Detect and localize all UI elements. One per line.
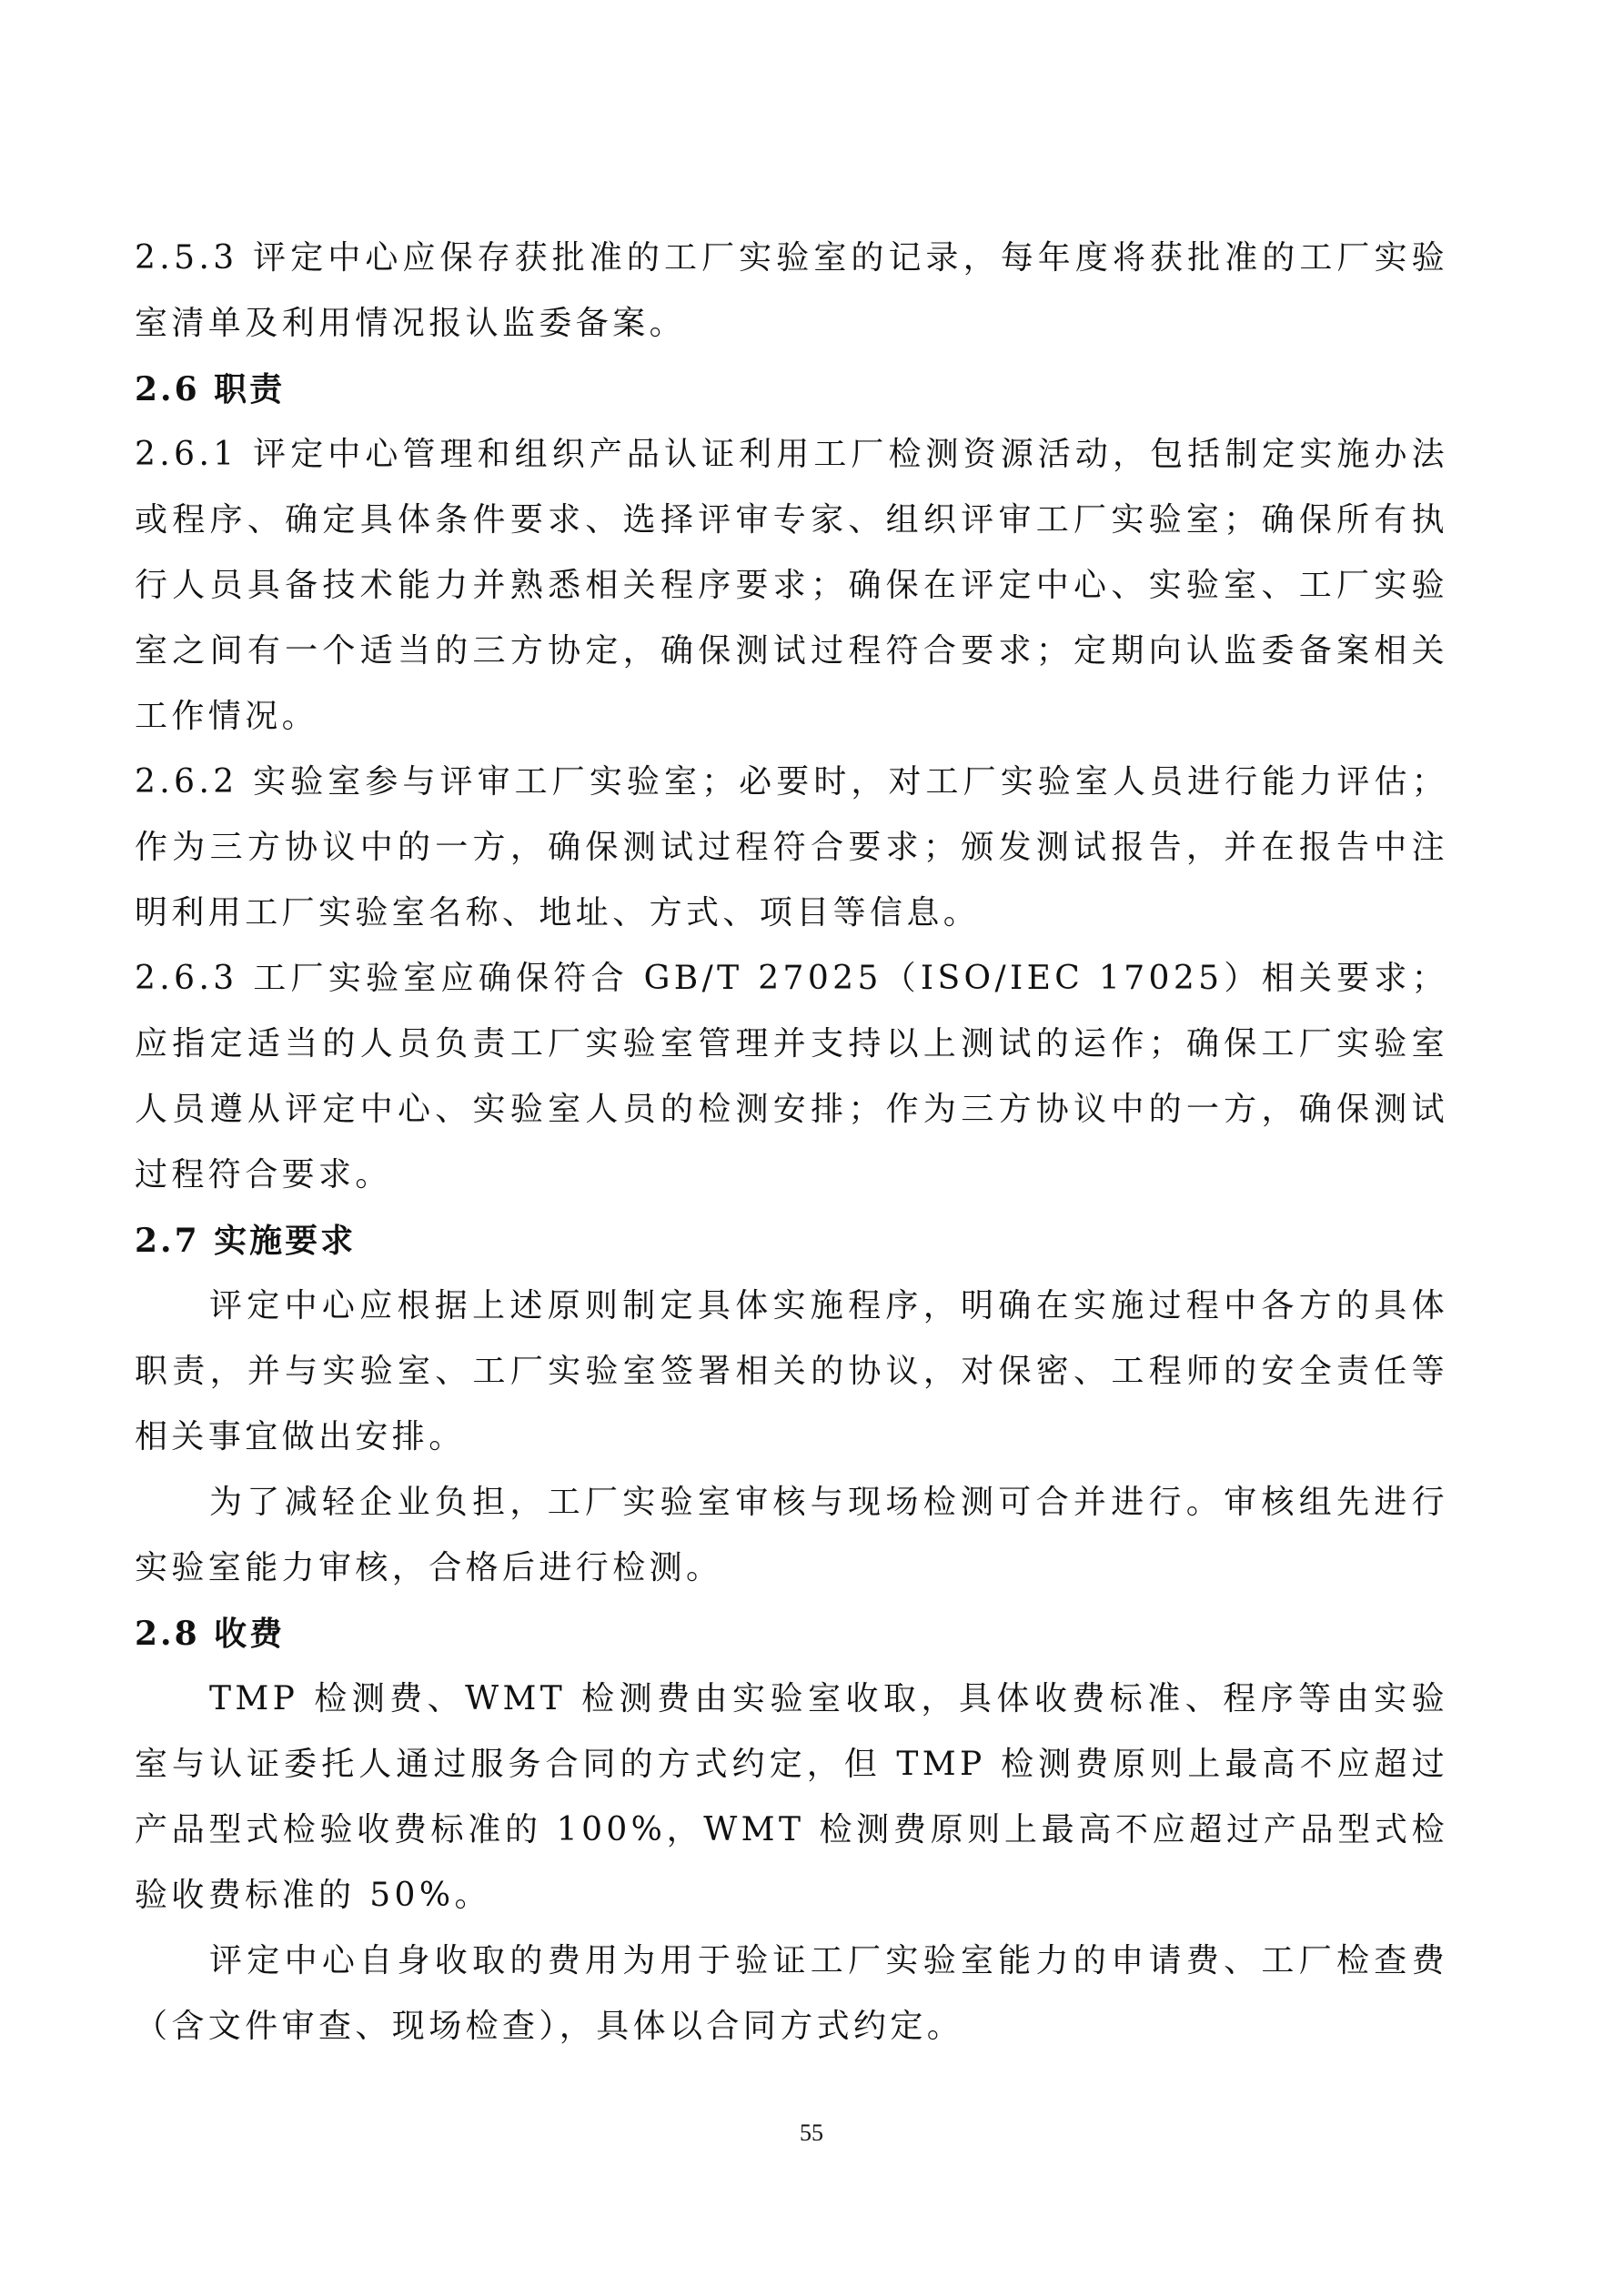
document-page: 2.5.3 评定中心应保存获批准的工厂实验室的记录，每年度将获批准的工厂实验室清…: [135, 226, 1448, 2059]
clause-2-5-3: 2.5.3 评定中心应保存获批准的工厂实验室的记录，每年度将获批准的工厂实验室清…: [135, 226, 1448, 357]
section-heading-2-6: 2.6 职责: [135, 357, 1448, 422]
paragraph-2-7-1: 评定中心应根据上述原则制定具体实施程序，明确在实施过程中各方的具体职责，并与实验…: [135, 1274, 1448, 1470]
paragraph-2-8-2: 评定中心自身收取的费用为用于验证工厂实验室能力的申请费、工厂检查费（含文件审查、…: [135, 1928, 1448, 2059]
clause-2-6-3: 2.6.3 工厂实验室应确保符合 GB/T 27025（ISO/IEC 1702…: [135, 946, 1448, 1208]
section-heading-2-8: 2.8 收费: [135, 1601, 1448, 1667]
section-heading-2-7: 2.7 实施要求: [135, 1208, 1448, 1274]
paragraph-2-7-2: 为了减轻企业负担，工厂实验室审核与现场检测可合并进行。审核组先进行实验室能力审核…: [135, 1470, 1448, 1601]
clause-2-6-1: 2.6.1 评定中心管理和组织产品认证利用工厂检测资源活动，包括制定实施办法或程…: [135, 422, 1448, 750]
page-number: 55: [0, 2120, 1623, 2147]
paragraph-2-8-1: TMP 检测费、WMT 检测费由实验室收取，具体收费标准、程序等由实验室与认证委…: [135, 1667, 1448, 1928]
clause-2-6-2: 2.6.2 实验室参与评审工厂实验室；必要时，对工厂实验室人员进行能力评估；作为…: [135, 750, 1448, 946]
